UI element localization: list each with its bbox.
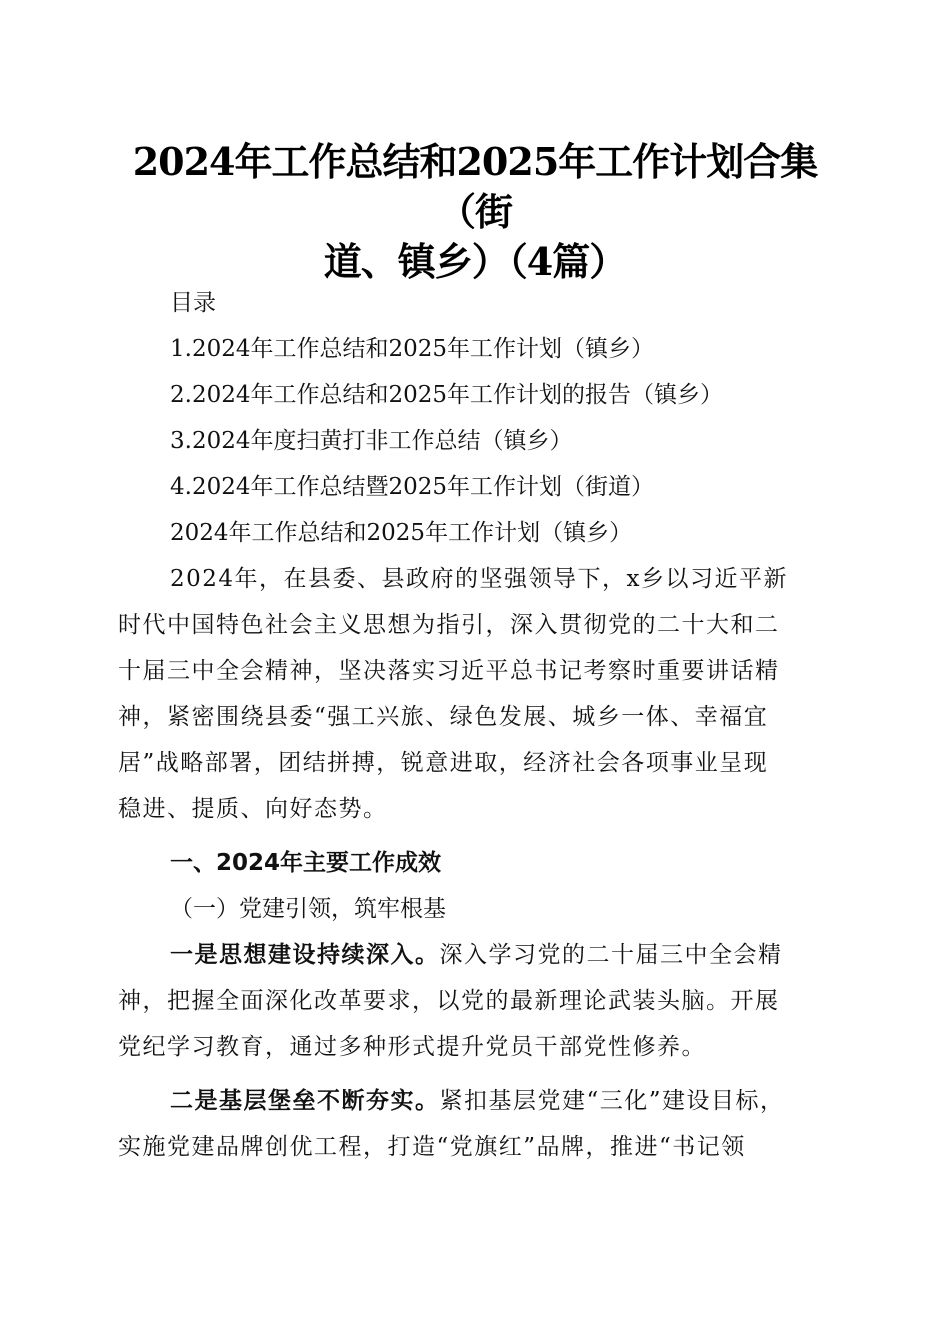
article-title: 2024年工作总结和2025年工作计划（镇乡） xyxy=(118,510,840,556)
point-1-line-1-rest: 深入学习党的二十届三中全会精 xyxy=(440,942,783,968)
point-1-line-1: 一是思想建设持续深入。深入学习党的二十届三中全会精 xyxy=(118,932,840,978)
section-heading: 一、2024年主要工作成效 xyxy=(118,840,840,886)
document-title-line-1: 2024年工作总结和2025年工作计划合集（街 xyxy=(100,137,850,237)
point-2-line-1: 二是基层堡垒不断夯实。紧扣基层党建“三化”建设目标， xyxy=(118,1078,840,1124)
subsection-heading: （一）党建引领，筑牢根基 xyxy=(118,886,840,932)
point-2-line-1-rest: 紧扣基层党建“三化”建设目标， xyxy=(440,1088,785,1114)
intro-line-2: 时代中国特色社会主义思想为指引，深入贯彻党的二十大和二 xyxy=(118,602,840,648)
document-page: 2024年工作总结和2025年工作计划合集（街 道、镇乡）（4篇） 目录 1.2… xyxy=(0,0,950,1344)
intro-line-5: 居”战略部署，团结拼搏，锐意进取，经济社会各项事业呈现 xyxy=(118,740,840,786)
document-title: 2024年工作总结和2025年工作计划合集（街 道、镇乡）（4篇） xyxy=(100,137,850,287)
toc-item-3: 3.2024年度扫黄打非工作总结（镇乡） xyxy=(118,418,840,464)
toc-item-1: 1.2024年工作总结和2025年工作计划（镇乡） xyxy=(118,326,840,372)
toc-item-4: 4.2024年工作总结暨2025年工作计划（街道） xyxy=(118,464,840,510)
point-2-line-2: 实施党建品牌创优工程，打造“党旗红”品牌，推进“书记领 xyxy=(118,1124,840,1170)
point-1-lead: 一是思想建设持续深入。 xyxy=(170,942,440,968)
point-1-line-3: 党纪学习教育，通过多种形式提升党员干部党性修养。 xyxy=(118,1024,840,1070)
intro-paragraph: 2024年，在县委、县政府的坚强领导下，x乡以习近平新 时代中国特色社会主义思想… xyxy=(118,556,840,832)
point-1-line-2: 神，把握全面深化改革要求，以党的最新理论武装头脑。开展 xyxy=(118,978,840,1024)
toc-item-2: 2.2024年工作总结和2025年工作计划的报告（镇乡） xyxy=(118,372,840,418)
document-body: 目录 1.2024年工作总结和2025年工作计划（镇乡） 2.2024年工作总结… xyxy=(118,280,840,1170)
intro-line-6: 稳进、提质、向好态势。 xyxy=(118,786,840,832)
intro-line-1: 2024年，在县委、县政府的坚强领导下，x乡以习近平新 xyxy=(118,556,840,602)
point-2-lead: 二是基层堡垒不断夯实。 xyxy=(170,1088,440,1114)
toc-heading: 目录 xyxy=(118,280,840,326)
intro-line-4: 神，紧密围绕县委“强工兴旅、绿色发展、城乡一体、幸福宜 xyxy=(118,694,840,740)
intro-line-3: 十届三中全会精神，坚决落实习近平总书记考察时重要讲话精 xyxy=(118,648,840,694)
point-1-paragraph: 一是思想建设持续深入。深入学习党的二十届三中全会精 神，把握全面深化改革要求，以… xyxy=(118,932,840,1070)
point-2-paragraph: 二是基层堡垒不断夯实。紧扣基层党建“三化”建设目标， 实施党建品牌创优工程，打造… xyxy=(118,1078,840,1170)
